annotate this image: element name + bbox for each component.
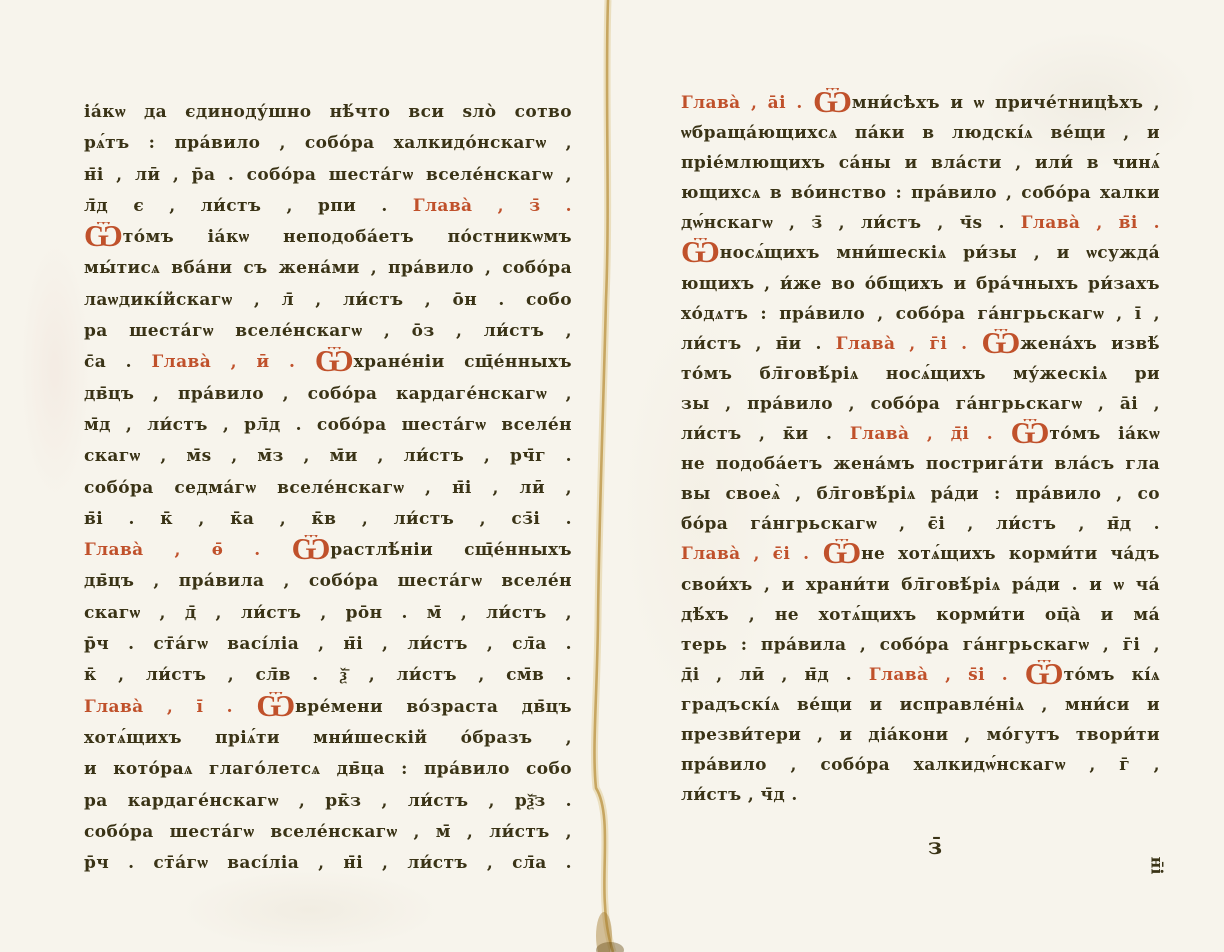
text-segment: не подоба́етъ жена́мъ пострига́ти вла́съ… [681,454,1160,474]
chapter-initial-omega: Ѿ [1011,419,1050,449]
text-segment: дѣ́хъ , не хотѧ́щихъ корми́ти оц̄а̀ и ма… [681,605,1160,625]
text-line: рѧ́тъ : пра́вило , собо́ра халкидо́нскаг… [84,128,572,159]
text-line: р̄ч . ст̄а́гѡ васі́ліа , н̄і , ли́стъ , … [84,848,572,879]
text-line: Глава̀ , ѳ̄ . Ѿрастлѣ́ніи сщ̄е́нныхъ [84,535,572,566]
text-segment: хотѧ́щихъ пріѧ́ти мни́шескій о́бразъ , [84,728,572,748]
text-segment: ющихсѧ в во́инство : пра́вило , собо́ра … [681,183,1160,203]
paper-stain [180,870,440,950]
chapter-heading-rubric: Глава̀ , є̄і . [681,544,809,564]
chapter-heading-rubric: Глава̀ , з̄ . [413,196,572,216]
text-line: мы́тисѧ вба́ни съ жена́ми , пра́вило , с… [84,253,572,284]
text-line: хотѧ́щихъ пріѧ́ти мни́шескій о́бразъ , [84,723,572,754]
text-line: то́мъ бл̄говѣ́ріѧ носѧ́щихъ му́жескіѧ ри [681,359,1160,389]
text-segment: скагѡ , д̄ , ли́стъ , ро̄н . м̄ , ли́стъ… [84,603,572,623]
text-line: собо́ра шеста́гѡ вселе́нскагѡ , м̄ , ли́… [84,817,572,848]
chapter-initial-omega: Ѿ [822,539,861,569]
text-line: лаѡдикі́йскагѡ , л̄ , ли́стъ , о̄н . соб… [84,285,572,316]
text-line: пріе́млющихъ са́ны и вла́сти , или́ в чи… [681,148,1160,178]
text-line: не подоба́етъ жена́мъ пострига́ти вла́съ… [681,449,1160,479]
text-segment: пра́вило , собо́ра халкидѡ́нскагѡ , г̄ , [681,755,1160,775]
chapter-initial-omega: Ѿ [981,329,1020,359]
text-line: с̄а . Глава̀ , ӣ . Ѿхране́ніи сщ̄е́нныхъ [84,347,572,378]
quire-signature: з̄ [900,834,970,860]
chapter-heading-rubric: Глава̀ , д̄і . [850,424,993,444]
text-line: скагѡ , м̄ѕ , м̄з , м̄и , ли́стъ , рч̄г … [84,441,572,472]
text-line: ли́стъ , н̄и . Глава̀ , г̄і . Ѿжена́хъ и… [681,329,1160,359]
text-segment: бо́ра га́нгрьскагѡ , є̄і , ли́стъ , н̄д … [681,514,1160,534]
text-line: дѣ́хъ , не хотѧ́щихъ корми́ти оц̄а̀ и ма… [681,600,1160,630]
text-line: дв̄цъ , пра́вила , собо́ра шеста́гѡ всел… [84,566,572,597]
text-segment: хране́ніи сщ̄е́нныхъ [354,352,572,372]
text-segment: л̄д є , ли́стъ , рпи . [84,196,388,216]
text-segment: лаѡдикі́йскагѡ , л̄ , ли́стъ , о̄н . соб… [84,290,572,310]
text-segment: ющихъ , и́же во о́бщихъ и бра́чныхъ ри́з… [681,274,1160,294]
folio-number-sideways: н̄і [1147,857,1166,875]
text-line: ли́стъ , к̄и . Глава̀ , д̄і . Ѿто́мъ іа́… [681,419,1160,449]
text-line: в̄і . к̄ , к̄а , к̄в , ли́стъ , сз̄і . [84,504,572,535]
text-segment: терь : пра́вила , собо́ра га́нгрьскагѡ ,… [681,635,1160,655]
text-line: пра́вило , собо́ра халкидѡ́нскагѡ , г̄ , [681,750,1160,780]
left-page-text: іа́кѡ да єдиноду́шно нѣ́что вси ѕло̀ сот… [84,97,572,879]
text-line: дѡ́нскагѡ , з̄ , ли́стъ , ч̄ѕ . Глава̀ ,… [681,208,1160,238]
text-line: скагѡ , д̄ , ли́стъ , ро̄н . м̄ , ли́стъ… [84,598,572,629]
chapter-heading-rubric: Глава̀ , ѳ̄ . [84,540,261,560]
text-segment: ли́стъ , н̄и . [681,334,822,354]
text-segment: р̄ч . ст̄а́гѡ васі́ліа , н̄і , ли́стъ , … [84,634,572,654]
text-segment: не хотѧ́щихъ корми́ти ча́дъ [861,544,1160,564]
text-segment: жена́хъ извѣ́ [1020,334,1160,354]
text-line: ющихсѧ в во́инство : пра́вило , собо́ра … [681,178,1160,208]
text-segment: собо́ра седма́гѡ вселе́нскагѡ , н̄і , лӣ… [84,478,572,498]
text-segment: пріе́млющихъ са́ны и вла́сти , или́ в чи… [681,153,1160,173]
chapter-heading-rubric: Глава̀ , в̄і . [1021,213,1160,233]
chapter-heading-rubric: Глава̀ , а̄і . [681,93,803,113]
text-line: Ѿносѧ́щихъ мни́шескіѧ ри́зы , и ѡсужда́ [681,238,1160,268]
text-segment: ли́стъ , ч̄д . [681,785,798,805]
chapter-initial-omega: Ѿ [681,238,720,268]
text-segment: растлѣ́ніи сщ̄е́нныхъ [330,540,572,560]
chapter-heading-rubric: Глава̀ , ѕ̄і . [869,665,1008,685]
text-line: терь : пра́вила , собо́ра га́нгрьскагѡ ,… [681,630,1160,660]
text-segment: с̄а . [84,352,132,372]
text-segment: мы́тисѧ вба́ни съ жена́ми , пра́вило , с… [84,258,572,278]
text-segment: в̄і . к̄ , к̄а , к̄в , ли́стъ , сз̄і . [84,509,572,529]
text-line: іа́кѡ да єдиноду́шно нѣ́что вси ѕло̀ сот… [84,97,572,128]
text-line: р̄ч . ст̄а́гѡ васі́ліа , н̄і , ли́стъ , … [84,629,572,660]
right-page-text: Глава̀ , а̄і . Ѿмни́сѣхъ и ѡ приче́тницѣ… [681,88,1160,810]
text-segment: іа́кѡ да єдиноду́шно нѣ́что вси ѕло̀ сот… [84,102,572,122]
text-line: Глава̀ , і̄ . Ѿвре́мени во́зраста дв̄цъ [84,692,572,723]
text-line: градъскі́ѧ ве́щи и исправле́ніѧ , мни́си… [681,690,1160,720]
text-segment: дѡ́нскагѡ , з̄ , ли́стъ , ч̄ѕ . [681,213,1005,233]
text-segment: собо́ра шеста́гѡ вселе́нскагѡ , м̄ , ли́… [84,822,572,842]
text-line: хо́дѧтъ : пра́вило , собо́ра га́нгрьскаг… [681,299,1160,329]
chapter-initial-omega: Ѿ [84,222,123,253]
text-line: ра кардаге́нскагѡ , рк̄з , ли́стъ , рѯ̄з… [84,786,572,817]
text-segment: р̄ч . ст̄а́гѡ васі́ліа , н̄і , ли́стъ , … [84,853,572,873]
text-segment: вы своеѧ̀ , бл̄говѣ́ріѧ ра́ди : пра́вило… [681,484,1160,504]
text-line: вы своеѧ̀ , бл̄говѣ́ріѧ ра́ди : пра́вило… [681,479,1160,509]
text-segment: н̄і , лӣ , р̄а . собо́ра шеста́гѡ вселе́… [84,165,572,185]
chapter-heading-rubric: Глава̀ , і̄ . [84,697,233,717]
text-line: Глава̀ , є̄і . Ѿне хотѧ́щихъ корми́ти ча… [681,539,1160,569]
text-line: и кото́раѧ глаго́летсѧ дв̄ца : пра́вило … [84,754,572,785]
text-line: л̄д є , ли́стъ , рпи . Глава̀ , з̄ . [84,191,572,222]
text-segment: ра кардаге́нскагѡ , рк̄з , ли́стъ , рѯ̄з… [84,791,572,811]
text-line: ющихъ , и́же во о́бщихъ и бра́чныхъ ри́з… [681,269,1160,299]
text-segment: дв̄цъ , пра́вило , собо́ра кардаге́нскаг… [84,384,572,404]
text-line: дв̄цъ , пра́вило , собо́ра кардаге́нскаг… [84,379,572,410]
text-segment: презви́тери , и діа́кони , мо́гутъ твори… [681,725,1160,745]
text-segment: то́мъ іа́кѡ [1049,424,1160,444]
text-segment: то́мъ бл̄говѣ́ріѧ носѧ́щихъ му́жескіѧ ри [681,364,1160,384]
text-line: ѡбраща́ющихсѧ па́ки в людскі́ѧ ве́щи , и [681,118,1160,148]
text-segment: скагѡ , м̄ѕ , м̄з , м̄и , ли́стъ , рч̄г … [84,446,572,466]
text-segment: ѡбраща́ющихсѧ па́ки в людскі́ѧ ве́щи , и [681,123,1160,143]
text-segment: и кото́раѧ глаго́летсѧ дв̄ца : пра́вило … [84,759,572,779]
chapter-initial-omega: Ѿ [292,535,331,566]
text-line: собо́ра седма́гѡ вселе́нскагѡ , н̄і , лӣ… [84,473,572,504]
text-segment: носѧ́щихъ мни́шескіѧ ри́зы , и ѡсужда́ [720,243,1160,263]
text-segment: то́мъ іа́кѡ неподоба́етъ по́стникѡмъ [123,227,572,247]
text-line: ли́стъ , ч̄д . [681,780,1160,810]
text-segment: градъскі́ѧ ве́щи и исправле́ніѧ , мни́си… [681,695,1160,715]
text-line: Ѿто́мъ іа́кѡ неподоба́етъ по́стникѡмъ [84,222,572,253]
text-line: м̄д , ли́стъ , рл̄д . собо́ра шеста́гѡ в… [84,410,572,441]
chapter-heading-rubric: Глава̀ , г̄і . [836,334,968,354]
text-segment: хо́дѧтъ : пра́вило , собо́ра га́нгрьскаг… [681,304,1160,324]
text-segment: ра шеста́гѡ вселе́нскагѡ , о̄з , ли́стъ … [84,321,572,341]
chapter-initial-omega: Ѿ [1025,660,1064,690]
text-line: д̄і , лӣ , н̄д . Глава̀ , ѕ̄і . Ѿто́мъ к… [681,660,1160,690]
chapter-initial-omega: Ѿ [256,692,295,723]
text-segment: мни́сѣхъ и ѡ приче́тницѣхъ , [852,93,1160,113]
text-line: презви́тери , и діа́кони , мо́гутъ твори… [681,720,1160,750]
text-segment: м̄д , ли́стъ , рл̄д . собо́ра шеста́гѡ в… [84,415,572,435]
text-segment: свои́хъ , и храни́ти бл̄говѣ́ріѧ ра́ди .… [681,575,1160,595]
text-line: зы , пра́вило , собо́ра га́нгрьскагѡ , а… [681,389,1160,419]
chapter-initial-omega: Ѿ [315,347,354,378]
text-line: бо́ра га́нгрьскагѡ , є̄і , ли́стъ , н̄д … [681,509,1160,539]
text-segment: зы , пра́вило , собо́ра га́нгрьскагѡ , а… [681,394,1160,414]
text-line: Глава̀ , а̄і . Ѿмни́сѣхъ и ѡ приче́тницѣ… [681,88,1160,118]
text-line: н̄і , лӣ , р̄а . собо́ра шеста́гѡ вселе́… [84,160,572,191]
chapter-heading-rubric: Глава̀ , ӣ . [152,352,296,372]
text-segment: рѧ́тъ : пра́вило , собо́ра халкидо́нскаг… [84,133,572,153]
text-segment: вре́мени во́зраста дв̄цъ [295,697,572,717]
text-segment: дв̄цъ , пра́вила , собо́ра шеста́гѡ всел… [84,571,572,591]
text-segment: к̄ , ли́стъ , сл̄в . ѯ̄ , ли́стъ , см̄в … [84,665,572,685]
text-line: ра шеста́гѡ вселе́нскагѡ , о̄з , ли́стъ … [84,316,572,347]
chapter-initial-omega: Ѿ [813,88,852,118]
text-line: к̄ , ли́стъ , сл̄в . ѯ̄ , ли́стъ , см̄в … [84,660,572,691]
text-line: свои́хъ , и храни́ти бл̄говѣ́ріѧ ра́ди .… [681,570,1160,600]
paper-stain [20,240,90,500]
text-segment: ли́стъ , к̄и . [681,424,832,444]
text-segment: д̄і , лӣ , н̄д . [681,665,852,685]
text-segment: то́мъ кі́ѧ [1064,665,1160,685]
book-spread: іа́кѡ да єдиноду́шно нѣ́что вси ѕло̀ сот… [0,0,1224,952]
